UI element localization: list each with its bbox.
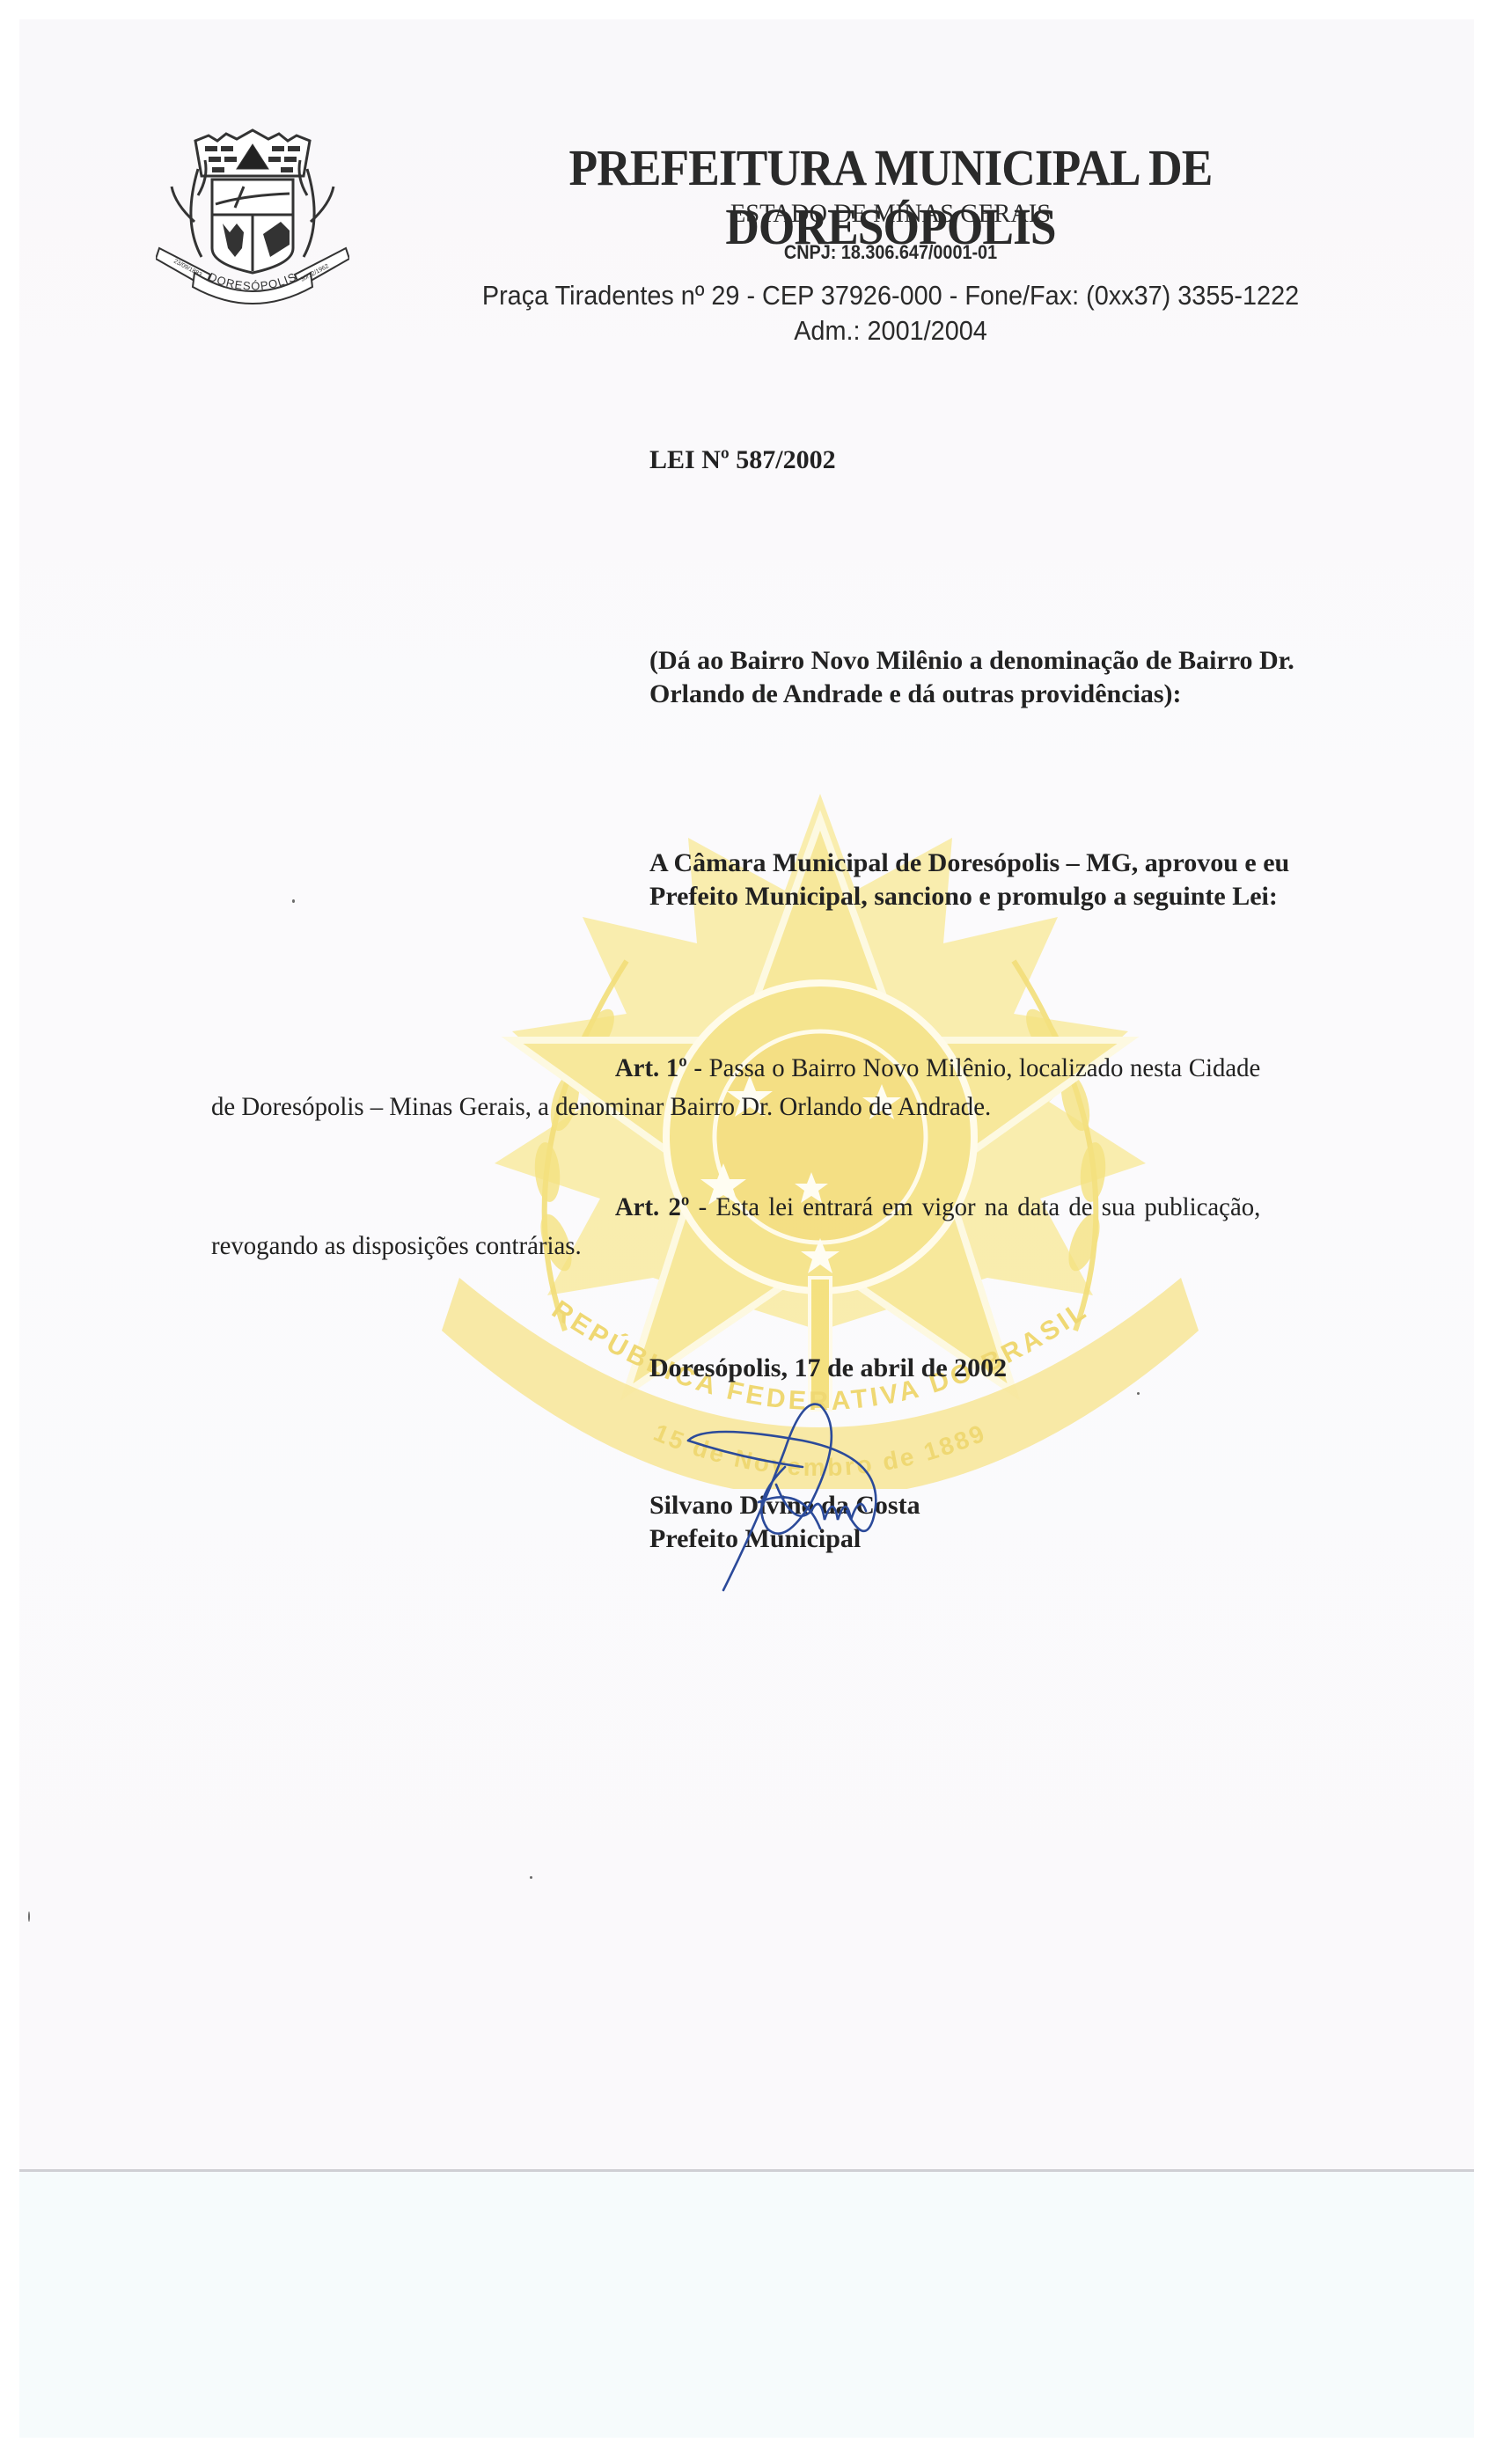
municipal-coat-of-arms-icon: DORESÓPOLIS 23/09/1883 30/12/1962 (156, 125, 349, 305)
article-2: Art. 2º - Esta lei entrará em vigor na d… (211, 1188, 1260, 1265)
article-2-label: Art. 2º (615, 1192, 690, 1221)
law-preamble: A Câmara Municipal de Doresópolis – MG, … (649, 847, 1301, 913)
document-page: REPÚBLICA FEDERATIVA DO BRASIL 15 de Nov… (19, 19, 1474, 2172)
letterhead-cnpj: CNPJ: 18.306.647/0001-01 (423, 241, 1358, 264)
scanner-bed-background (19, 2169, 1474, 2438)
article-1-text: - Passa o Bairro Novo Milênio, localizad… (211, 1053, 1260, 1121)
scan-speck (28, 1911, 30, 1922)
law-ementa: (Dá ao Bairro Novo Milênio a denominação… (649, 644, 1301, 711)
article-2-text: - Esta lei entrará em vigor na data de s… (211, 1192, 1260, 1260)
signature-icon (671, 1379, 961, 1608)
scan-speck (530, 1876, 532, 1879)
scan-speck (292, 899, 295, 903)
letterhead-address: Praça Tiradentes nº 29 - CEP 37926-000 -… (407, 280, 1373, 312)
scan-speck (1137, 1392, 1140, 1395)
letterhead-administration: Adm.: 2001/2004 (407, 315, 1373, 347)
letterhead-title: PREFEITURA MUNICIPAL DE DORESÓPOLIS (413, 138, 1368, 256)
letterhead-state: ESTADO DE MINAS GERAIS (398, 199, 1384, 229)
article-1: Art. 1º - Passa o Bairro Novo Milênio, l… (211, 1049, 1260, 1126)
article-1-label: Art. 1º (615, 1053, 687, 1082)
law-number: LEI Nº 587/2002 (649, 445, 836, 475)
